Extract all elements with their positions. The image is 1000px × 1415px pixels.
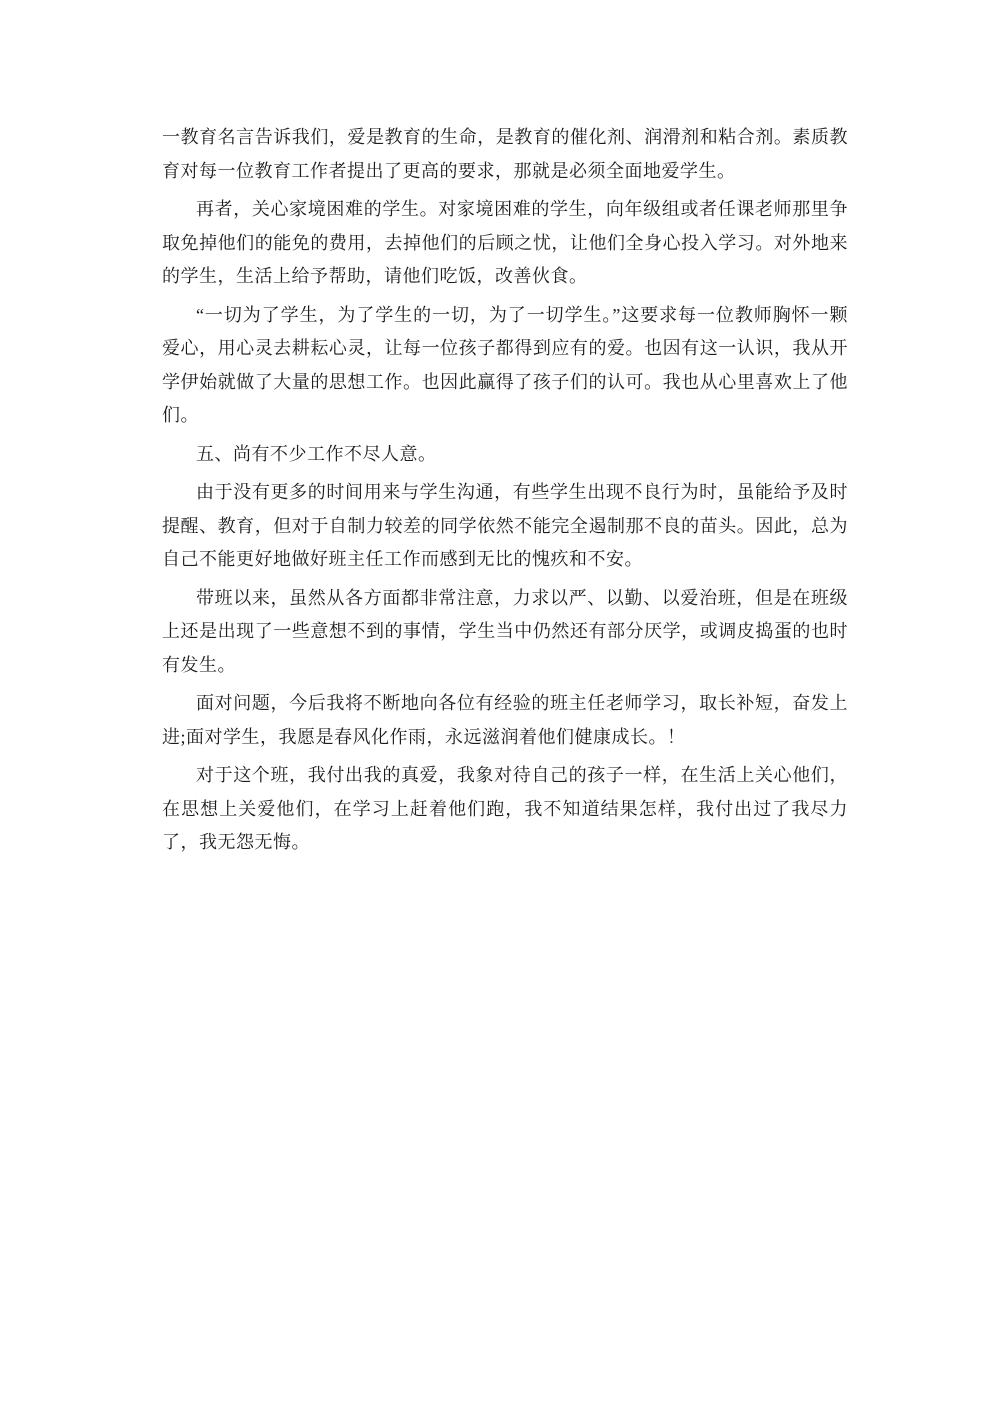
paragraph: 面对问题，今后我将不断地向各位有经验的班主任老师学习，取长补短，奋发上进;面对学… xyxy=(162,687,848,754)
document-page: 一教育名言告诉我们，爱是教育的生命，是教育的催化剂、润滑剂和粘合剂。素质教育对每… xyxy=(0,0,1000,1415)
document-content: 一教育名言告诉我们，爱是教育的生命，是教育的催化剂、润滑剂和粘合剂。素质教育对每… xyxy=(162,121,848,860)
paragraph: 一教育名言告诉我们，爱是教育的生命，是教育的催化剂、润滑剂和粘合剂。素质教育对每… xyxy=(162,121,848,188)
paragraph: “一切为了学生，为了学生的一切，为了一切学生。”这要求每一位教师胸怀一颗爱心，用… xyxy=(162,299,848,433)
paragraph: 再者，关心家境困难的学生。对家境困难的学生，向年级组或者任课老师那里争取免掉他们… xyxy=(162,193,848,294)
paragraph: 对于这个班，我付出我的真爱，我象对待自己的孩子一样，在生活上关心他们，在思想上关… xyxy=(162,759,848,860)
paragraph: 五、尚有不少工作不尽人意。 xyxy=(162,438,848,472)
paragraph: 由于没有更多的时间用来与学生沟通，有些学生出现不良行为时，虽能给予及时提醒、教育… xyxy=(162,476,848,577)
paragraph: 带班以来，虽然从各方面都非常注意，力求以严、以勤、以爱治班，但是在班级上还是出现… xyxy=(162,582,848,683)
